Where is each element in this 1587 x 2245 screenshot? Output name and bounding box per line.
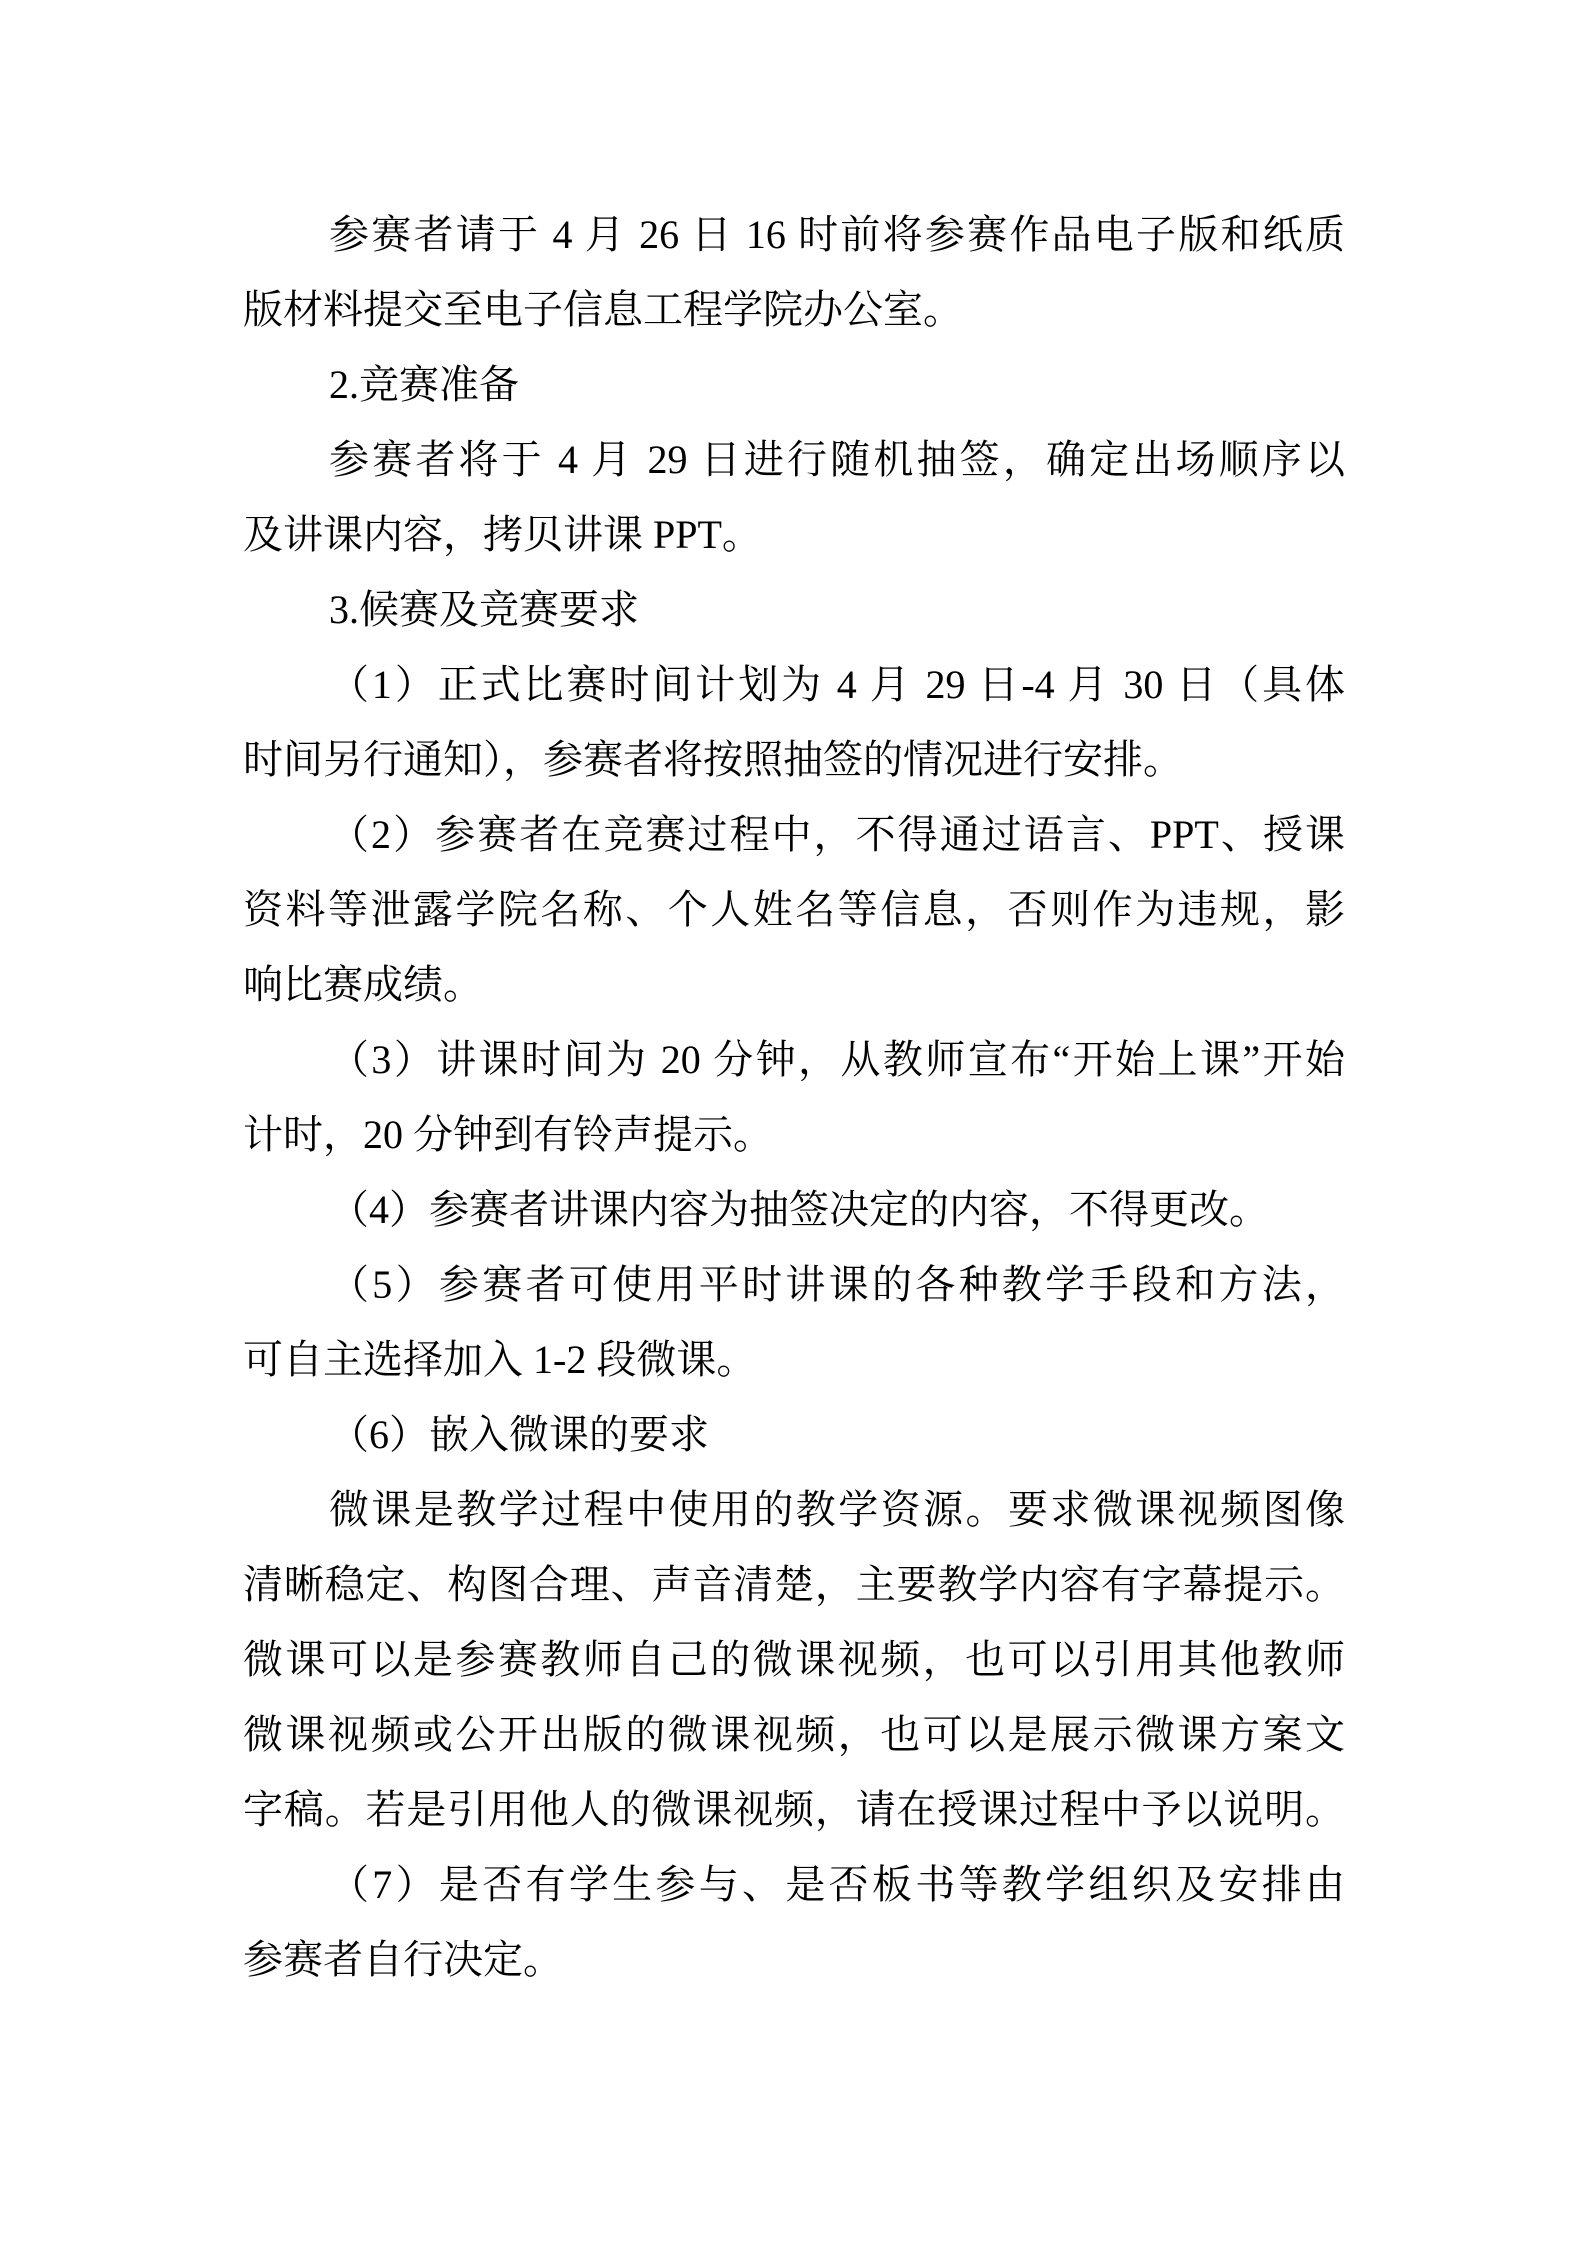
text-line: 参赛者将于 4 月 29 日进行随机抽签，确定出场顺序以: [243, 422, 1345, 497]
text-line: 及讲课内容，拷贝讲课 PPT。: [243, 497, 1345, 572]
text-line: 参赛者自行决定。: [243, 1922, 1345, 1997]
text-line: （7）是否有学生参与、是否板书等教学组织及安排由: [243, 1847, 1345, 1922]
text-line: （2）参赛者在竞赛过程中，不得通过语言、PPT、授课: [243, 797, 1345, 872]
text-line: （6）嵌入微课的要求: [243, 1397, 1345, 1472]
text-line: （3）讲课时间为 20 分钟，从教师宣布“开始上课”开始: [243, 1022, 1345, 1097]
text-line: 2.竞赛准备: [243, 347, 1345, 422]
text-line: 清晰稳定、构图合理、声音清楚，主要教学内容有字幕提示。: [243, 1547, 1345, 1622]
text-line: 微课可以是参赛教师自己的微课视频，也可以引用其他教师: [243, 1622, 1345, 1697]
text-line: 时间另行通知），参赛者将按照抽签的情况进行安排。: [243, 722, 1345, 797]
text-line: 微课是教学过程中使用的教学资源。要求微课视频图像: [243, 1472, 1345, 1547]
text-line: （1）正式比赛时间计划为 4 月 29 日-4 月 30 日（具体: [243, 647, 1345, 722]
text-line: 可自主选择加入 1-2 段微课。: [243, 1322, 1345, 1397]
text-line: 资料等泄露学院名称、个人姓名等信息，否则作为违规，影: [243, 872, 1345, 947]
text-line: 版材料提交至电子信息工程学院办公室。: [243, 272, 1345, 347]
text-line: 计时，20 分钟到有铃声提示。: [243, 1097, 1345, 1172]
text-line: 微课视频或公开出版的微课视频，也可以是展示微课方案文: [243, 1697, 1345, 1772]
document-page: 参赛者请于 4 月 26 日 16 时前将参赛作品电子版和纸质版材料提交至电子信…: [0, 0, 1587, 2245]
text-line: 参赛者请于 4 月 26 日 16 时前将参赛作品电子版和纸质: [243, 197, 1345, 272]
text-line: 字稿。若是引用他人的微课视频，请在授课过程中予以说明。: [243, 1772, 1345, 1847]
text-block: 参赛者请于 4 月 26 日 16 时前将参赛作品电子版和纸质版材料提交至电子信…: [243, 197, 1345, 1997]
text-line: 响比赛成绩。: [243, 947, 1345, 1022]
text-line: （4）参赛者讲课内容为抽签决定的内容，不得更改。: [243, 1172, 1345, 1247]
text-line: 3.候赛及竞赛要求: [243, 572, 1345, 647]
text-line: （5）参赛者可使用平时讲课的各种教学手段和方法，: [243, 1247, 1345, 1322]
